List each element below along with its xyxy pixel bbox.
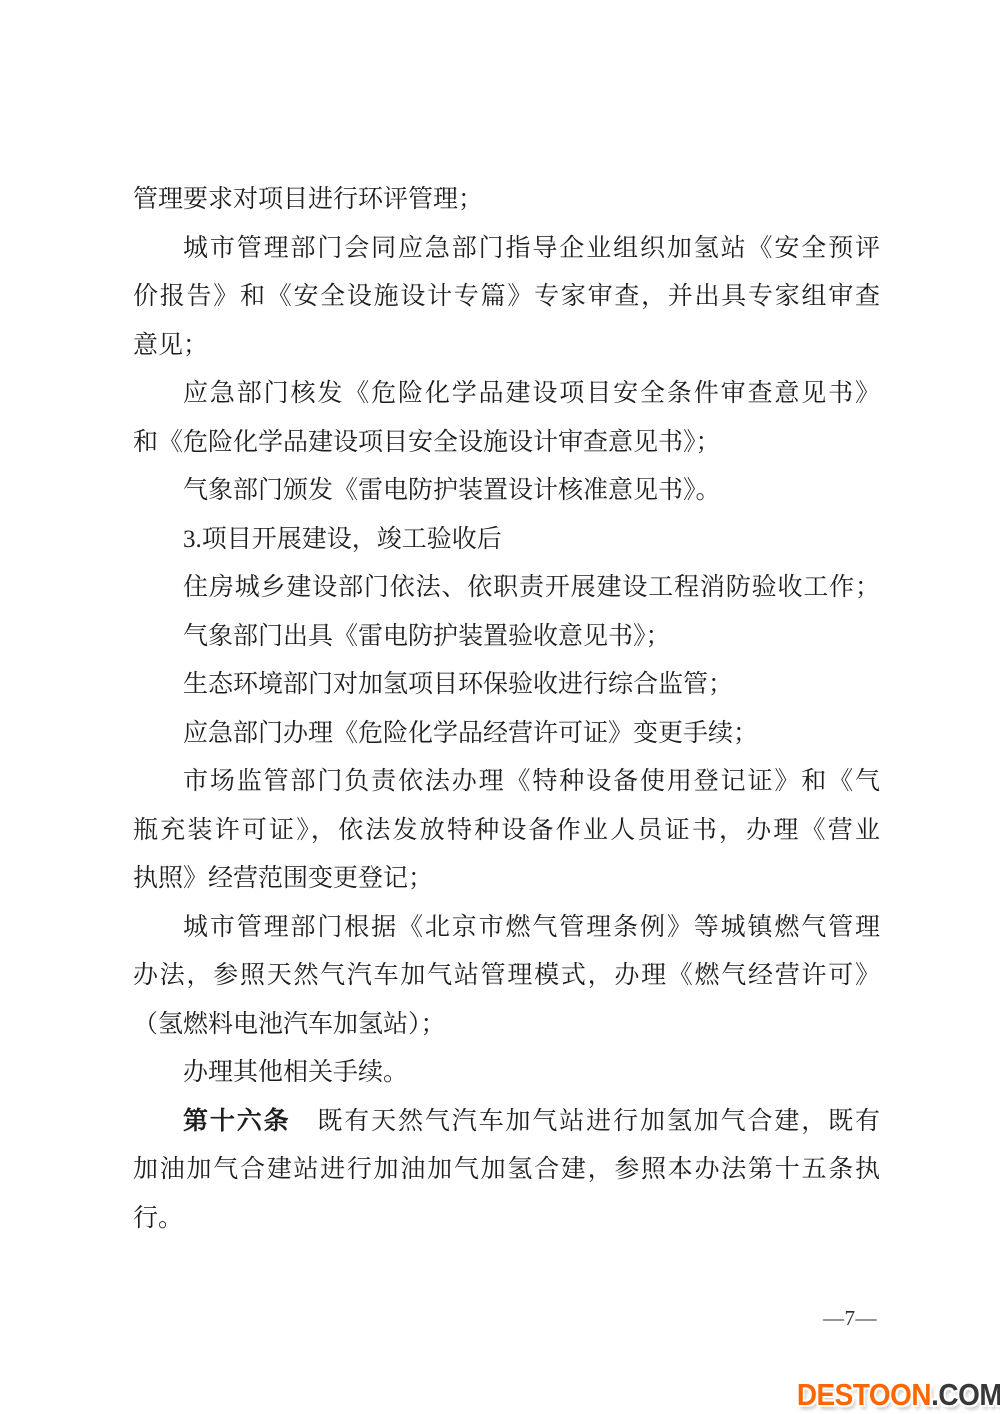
document-page: 管理要求对项目进行环评管理；城市管理部门会同应急部门指导企业组织加氢站《安全预评… <box>0 0 1000 1414</box>
watermark-logo: DESTOON.COM <box>797 1377 1000 1413</box>
text-line: 行。 <box>133 1195 880 1244</box>
text-line: 城市管理部门会同应急部门指导企业组织加氢站《安全预评 <box>133 225 880 274</box>
text-line: 气象部门颁发《雷电防护装置设计核准意见书》。 <box>133 467 880 516</box>
text-line: 应急部门核发《危险化学品建设项目安全条件审查意见书》 <box>133 370 880 419</box>
text-block: 管理要求对项目进行环评管理；城市管理部门会同应急部门指导企业组织加氢站《安全预评… <box>133 176 880 1243</box>
text-line: 市场监管部门负责依法办理《特种设备使用登记证》和《气 <box>133 758 880 807</box>
text-line: 意见； <box>133 322 880 371</box>
text-line: 应急部门办理《危险化学品经营许可证》变更手续； <box>133 710 880 759</box>
article-number: 第十六条 <box>183 1108 291 1135</box>
text-line: 第十六条 既有天然气汽车加气站进行加氢加气合建，既有 <box>133 1098 880 1147</box>
watermark-brand: DESTOON <box>797 1377 931 1412</box>
text-line: 价报告》和《安全设施设计专篇》专家审查，并出具专家组审查 <box>133 273 880 322</box>
text-line: 3.项目开展建设，竣工验收后 <box>133 516 880 565</box>
text-line: 住房城乡建设部门依法、依职责开展建设工程消防验收工作； <box>133 564 880 613</box>
text-line: 城市管理部门根据《北京市燃气管理条例》等城镇燃气管理 <box>133 904 880 953</box>
text-line: 瓶充装许可证》，依法发放特种设备作业人员证书，办理《营业 <box>133 807 880 856</box>
text-line: 气象部门出具《雷电防护装置验收意见书》； <box>133 613 880 662</box>
text-line: 管理要求对项目进行环评管理； <box>133 176 880 225</box>
text-line: 执照》经营范围变更登记； <box>133 855 880 904</box>
text-line: 生态环境部门对加氢项目环保验收进行综合监管； <box>133 661 880 710</box>
text-line: 办法，参照天然气汽车加气站管理模式，办理《燃气经营许可》 <box>133 952 880 1001</box>
text-line: 加油加气合建站进行加油加气加氢合建，参照本办法第十五条执 <box>133 1146 880 1195</box>
text-line: 和《危险化学品建设项目安全设施设计审查意见书》； <box>133 419 880 468</box>
watermark-tld: .COM <box>931 1377 1000 1412</box>
page-number: —7— <box>790 1306 910 1331</box>
text-line: （氢燃料电池汽车加氢站）； <box>133 1001 880 1050</box>
text-line: 办理其他相关手续。 <box>133 1049 880 1098</box>
